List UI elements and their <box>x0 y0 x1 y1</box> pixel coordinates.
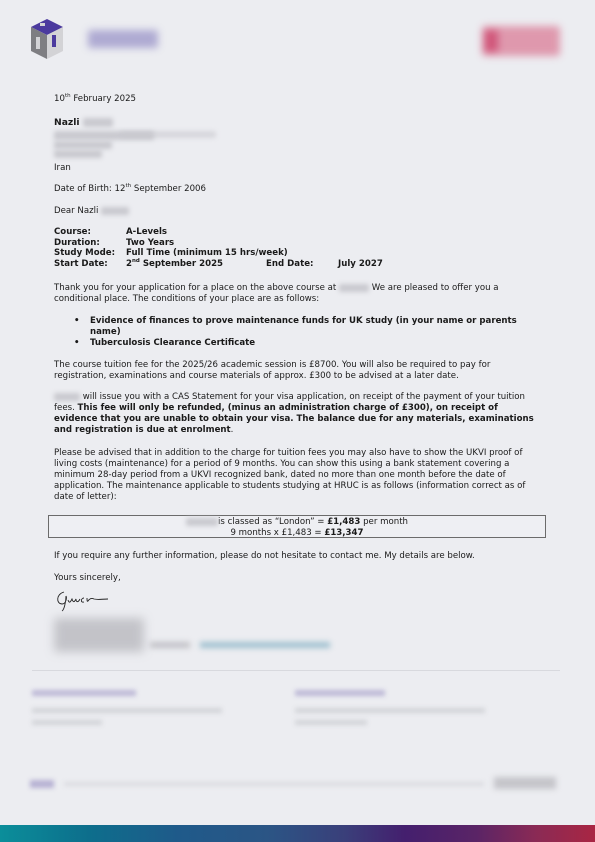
closing: Yours sincerely, <box>54 573 121 584</box>
condition-item: Evidence of finances to prove maintenanc… <box>74 316 544 338</box>
organisation-name-blurred <box>88 30 158 48</box>
redacted-college-name <box>339 284 369 292</box>
course-label: Course: <box>54 227 126 238</box>
letter-date: 10th February 2025 <box>54 94 136 105</box>
condition-item: Tuberculosis Clearance Certificate <box>74 338 544 349</box>
total-maintenance-amount: £13,347 <box>324 528 363 538</box>
maintenance-summary-box: is classed as “London” = £1,483 per mont… <box>48 515 546 538</box>
offer-paragraph: Thank you for your application for a pla… <box>54 283 534 305</box>
footer-divider <box>32 670 560 671</box>
monthly-amount: £1,483 <box>327 517 360 527</box>
accreditation-logos-blurred <box>494 777 556 789</box>
maintenance-paragraph: Please be advised that in addition to th… <box>54 448 544 503</box>
partner-logo-blurred <box>482 26 560 56</box>
brand-gradient-bar <box>0 825 595 842</box>
course-details: Course:A-Levels Duration:Two Years Study… <box>54 227 383 270</box>
signer-details-blurred <box>54 618 144 652</box>
duration-value: Two Years <box>126 238 174 249</box>
redacted-address-line <box>54 141 112 149</box>
contact-paragraph: If you require any further information, … <box>54 551 475 562</box>
redacted-surname <box>101 207 129 215</box>
footer-address-blurred <box>295 720 367 725</box>
tuition-fee-paragraph: The course tuition fee for the 2025/26 a… <box>54 360 544 382</box>
study-mode-value: Full Time (minimum 15 hrs/week) <box>126 248 288 259</box>
hruc-logo-icon <box>27 17 67 61</box>
study-mode-label: Study Mode: <box>54 248 126 259</box>
signer-email-link-blurred[interactable] <box>200 642 330 648</box>
cas-paragraph: will issue you with a CAS Statement for … <box>54 392 544 436</box>
greeting: Dear Nazli <box>54 206 129 217</box>
redacted-location <box>186 518 218 526</box>
conditions-list: Evidence of finances to prove maintenanc… <box>74 316 544 348</box>
start-date-value: 2nd September 2025 <box>126 259 223 270</box>
redacted-surname <box>83 118 113 127</box>
footer-logo-blurred <box>30 780 54 788</box>
end-date-value: July 2027 <box>338 259 383 270</box>
signature-icon <box>54 588 110 612</box>
redacted-address-line <box>120 131 216 138</box>
footer-address-blurred <box>32 708 222 713</box>
duration-label: Duration: <box>54 238 126 249</box>
footer-address-blurred <box>295 708 485 713</box>
redacted-address-line <box>54 150 102 158</box>
recipient-country: Iran <box>54 163 71 174</box>
signer-details-blurred <box>150 642 190 648</box>
footer-legal-text-blurred <box>64 782 484 786</box>
redacted-college-name <box>54 393 80 401</box>
date-of-birth: Date of Birth: 12th September 2006 <box>54 184 206 195</box>
footer-address-blurred <box>32 720 102 725</box>
recipient-name: Nazli <box>54 117 113 128</box>
start-date-label: Start Date: <box>54 259 126 270</box>
footer-campus-heading-blurred <box>32 690 136 696</box>
course-value: A-Levels <box>126 227 167 238</box>
end-date-label: End Date: <box>266 259 338 270</box>
footer-campus-heading-blurred <box>295 690 385 696</box>
